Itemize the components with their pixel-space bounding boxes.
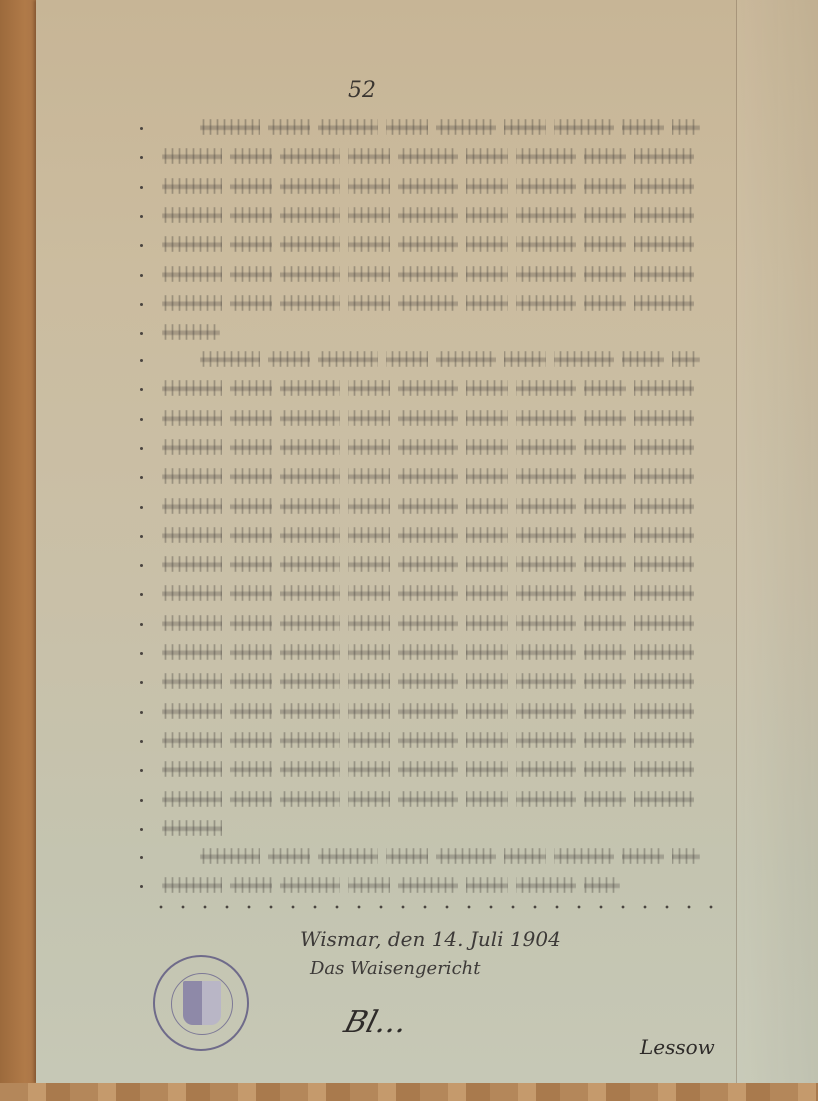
illegible-script [162, 295, 700, 311]
margin-mark [140, 186, 143, 189]
handwritten-line [140, 814, 230, 842]
handwritten-line [140, 726, 700, 754]
handwritten-line [140, 785, 700, 813]
handwritten-line [140, 201, 700, 229]
illegible-script [162, 410, 700, 426]
margin-mark [140, 711, 143, 714]
signature-right: Lessow [640, 1035, 715, 1059]
margin-mark [140, 856, 143, 859]
authority-line: Das Waisengericht [310, 958, 480, 979]
margin-mark [140, 156, 143, 159]
signature-main: Bl… [340, 1005, 411, 1040]
official-seal: Waisengericht der Stadt Wismar [153, 955, 249, 1051]
margin-mark [140, 564, 143, 567]
handwritten-line [140, 521, 700, 549]
illegible-script [162, 673, 700, 689]
margin-mark [140, 652, 143, 655]
illegible-script [162, 761, 700, 777]
margin-mark [140, 332, 143, 335]
handwritten-line [140, 433, 700, 461]
handwritten-line [140, 462, 700, 490]
handwritten-line [140, 318, 220, 346]
illegible-script [162, 556, 700, 572]
illegible-script [162, 732, 700, 748]
margin-mark [140, 359, 143, 362]
illegible-script [162, 498, 700, 514]
margin-mark [140, 506, 143, 509]
handwritten-line [140, 374, 700, 402]
margin-mark [140, 828, 143, 831]
paper-fold [736, 0, 818, 1083]
illegible-script [162, 468, 700, 484]
margin-mark [140, 418, 143, 421]
handwritten-line [140, 230, 700, 258]
illegible-script [162, 207, 700, 223]
handwritten-line [140, 492, 700, 520]
illegible-script [162, 439, 700, 455]
margin-mark [140, 681, 143, 684]
illegible-script [162, 148, 700, 164]
illegible-script [162, 615, 700, 631]
illegible-script [162, 820, 230, 836]
illegible-script [162, 266, 700, 282]
margin-mark [140, 885, 143, 888]
margin-mark [140, 623, 143, 626]
wooden-table [0, 1083, 818, 1101]
handwritten-line [140, 172, 700, 200]
handwritten-line [140, 697, 700, 725]
illegible-script [162, 791, 700, 807]
handwritten-line [140, 638, 700, 666]
handwritten-line [140, 842, 700, 870]
handwritten-line [140, 345, 700, 373]
illegible-script [200, 119, 700, 135]
illegible-script [162, 527, 700, 543]
place-date: Wismar, den 14. Juli 1904 [300, 927, 561, 951]
handwritten-line [140, 609, 700, 637]
illegible-script [162, 236, 700, 252]
handwritten-line [140, 667, 700, 695]
margin-mark [140, 476, 143, 479]
margin-mark [140, 447, 143, 450]
dotted-separator [150, 905, 715, 909]
margin-mark [140, 740, 143, 743]
margin-mark [140, 769, 143, 772]
margin-mark [140, 535, 143, 538]
handwritten-line [140, 755, 700, 783]
margin-mark [140, 799, 143, 802]
margin-mark [140, 274, 143, 277]
margin-mark [140, 127, 143, 130]
handwritten-line [140, 289, 700, 317]
illegible-script [162, 585, 700, 601]
illegible-script [200, 351, 700, 367]
illegible-script [162, 644, 700, 660]
illegible-script [162, 380, 700, 396]
illegible-script [162, 324, 220, 340]
margin-mark [140, 593, 143, 596]
handwritten-line [140, 142, 700, 170]
handwritten-line [140, 113, 700, 141]
margin-mark [140, 303, 143, 306]
handwritten-line [140, 260, 700, 288]
illegible-script [162, 877, 620, 893]
handwritten-line [140, 871, 620, 899]
handwritten-line [140, 550, 700, 578]
illegible-script [200, 848, 700, 864]
handwritten-line [140, 404, 700, 432]
margin-mark [140, 215, 143, 218]
handwritten-line [140, 579, 700, 607]
illegible-script [162, 178, 700, 194]
margin-mark [140, 388, 143, 391]
illegible-script [162, 703, 700, 719]
page-number: 52 [348, 78, 376, 103]
margin-mark [140, 244, 143, 247]
